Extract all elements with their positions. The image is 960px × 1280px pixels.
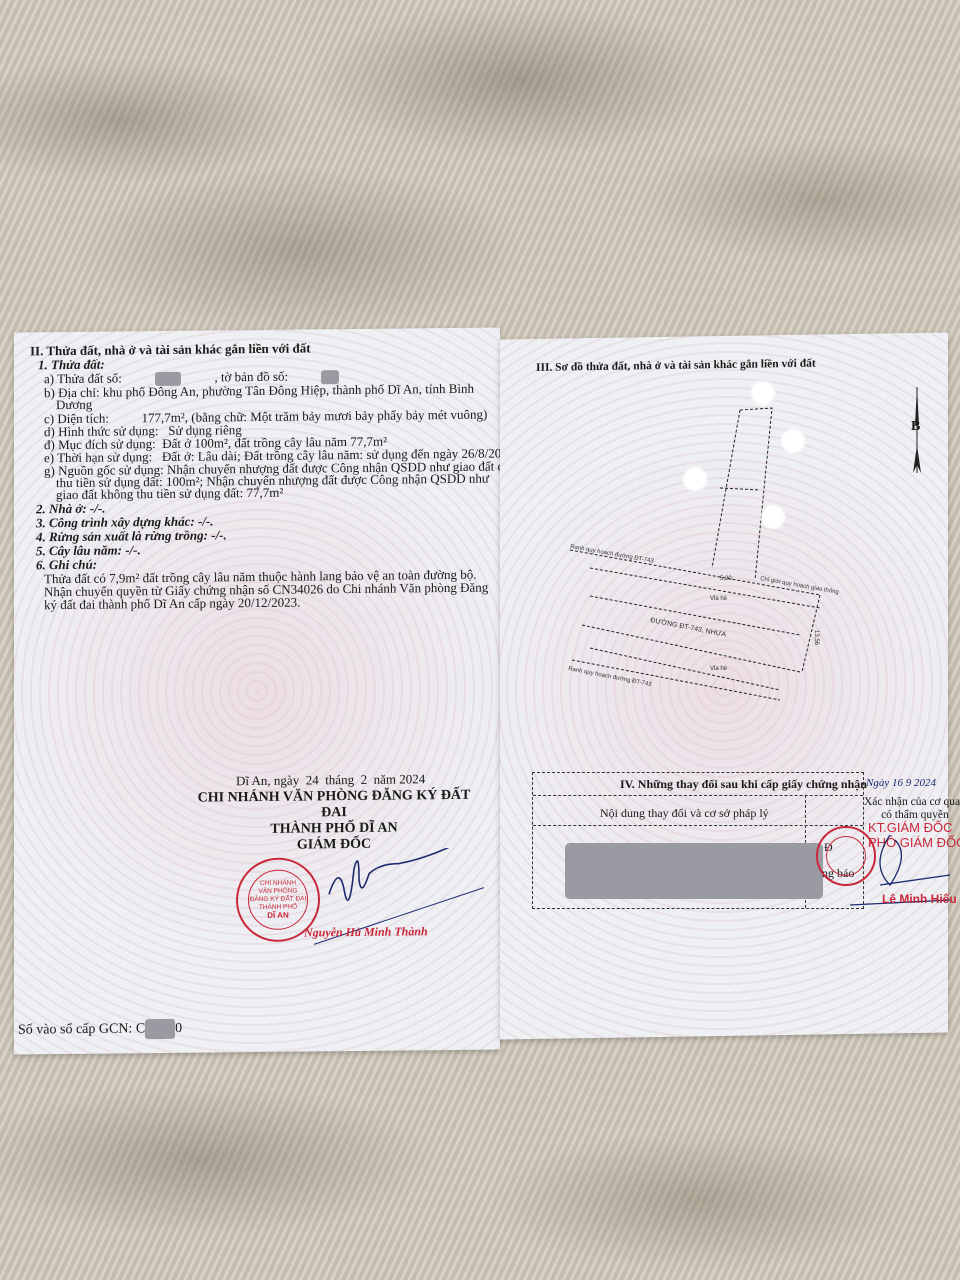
origin-line-3: giao đất không thu tiền sử dụng đất: 77,… (56, 486, 283, 502)
glare-spot (780, 428, 806, 454)
redacted-gcn (145, 1019, 175, 1039)
front-dimension: 5,20 (720, 576, 732, 582)
note-line-3: ký đất đai thành phố Dĩ An cấp ngày 20/1… (44, 596, 300, 613)
approver-name: Lê Minh Hiếu (882, 892, 957, 906)
sidewalk-top-label: Vỉa hè (710, 595, 728, 602)
changes-column-content: Nội dung thay đổi và cơ sở pháp lý (600, 806, 769, 820)
section-ii-title: II. Thửa đất, nhà ở và tài sản khác gắn … (30, 341, 311, 358)
office-name: CHI NHÁNH VĂN PHÒNG ĐĂNG KÝ ĐẤT ĐAI (184, 788, 484, 823)
glare-spot (682, 466, 708, 492)
changes-column-authority: Xác nhận của cơ quan có thẩm quyền (864, 796, 960, 822)
redacted-change-content (565, 843, 823, 899)
issue-date: Dĩ An, ngày 24 tháng 2 năm 2024 (236, 772, 425, 788)
issuing-office: CHI NHÁNH VĂN PHÒNG ĐĂNG KÝ ĐẤT ĐAI THÀN… (184, 788, 484, 855)
section-iii-title: III. Sơ đồ thửa đất, nhà ở và tài sản kh… (536, 357, 816, 375)
glare-spot (760, 504, 786, 530)
traffic-boundary-label: Chỉ giới quy hoạch giao thông (760, 575, 840, 596)
plan-line-bottom-label: Ranh quy hoạch đường ĐT-743 (568, 666, 653, 688)
north-label: B (911, 420, 920, 434)
handwritten-date: Ngày 16 9 2024 (866, 776, 936, 790)
sidewalk-bottom-label: Vỉa hè (710, 665, 728, 672)
parcel-diagram: Ranh quy hoạch đường ĐT-743 Chỉ giới quy… (560, 380, 930, 710)
section-iv-title: IV. Những thay đổi sau khi cấp giấy chứn… (620, 777, 867, 791)
road-label: ĐƯỜNG ĐT-743, NHỰA (650, 615, 728, 639)
signer-name: Nguyễn Hà Minh Thành (304, 924, 428, 939)
plan-line-top-label: Ranh quy hoạch đường ĐT-743 (570, 544, 655, 565)
gcn-register-number: Số vào sổ cấp GCN: C0 (18, 1019, 182, 1041)
road-dimension: 13,56 (813, 630, 819, 646)
certificate-left-page: II. Thửa đất, nhà ở và tài sản khác gắn … (14, 327, 500, 1054)
address-line: b) Địa chỉ: khu phố Đông An, phường Tân … (44, 382, 474, 401)
glare-spot (750, 380, 776, 406)
